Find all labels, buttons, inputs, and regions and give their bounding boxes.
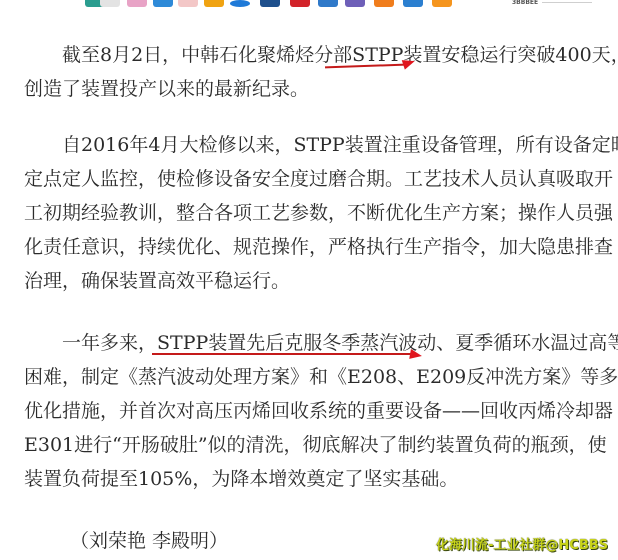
annotation-arrow-2-icon <box>409 349 423 361</box>
paragraph-3: 一年多来，STPP装置先后克服冬季蒸汽波动、夏季循环水温过高等 困难，制定《蒸汽… <box>24 326 594 496</box>
share-toolbar: 3BBBEE <box>0 0 618 8</box>
share-icon-12[interactable] <box>374 0 394 7</box>
text-line: 截至8月2日，中韩石化聚烯烃分部STPP装置安稳运行突破400天， <box>24 38 594 72</box>
text-line: 自2016年4月大检修以来，STPP装置注重设备管理，所有设备定时 <box>24 128 594 162</box>
share-logo: 3BBBEE <box>512 0 538 6</box>
share-icon-5[interactable] <box>178 0 198 7</box>
watermark: 化海川流-工业社群@HCBBS <box>436 534 608 553</box>
annotation-underline-2 <box>152 353 414 355</box>
text-line: 治理，确保装置高效平稳运行。 <box>0 264 594 298</box>
share-icon-13[interactable] <box>403 0 423 7</box>
share-icon-14[interactable] <box>432 0 452 7</box>
author-byline: （刘荣艳 李殿明） <box>70 528 228 554</box>
text-line: 优化措施，并首次对高压丙烯回收系统的重要设备——回收丙烯冷却器 <box>0 394 594 428</box>
text-line: 定点定人监控，使检修设备安全度过磨合期。工艺技术人员认真吸取开 <box>0 162 594 196</box>
share-icon-6[interactable] <box>204 0 224 7</box>
share-icon-7[interactable] <box>230 0 250 7</box>
text-line: 创造了装置投产以来的最新纪录。 <box>0 72 594 106</box>
text-line: 化责任意识，持续优化、规范操作，严格执行生产指令，加大隐患排查 <box>0 230 594 264</box>
share-icon-9[interactable] <box>290 0 310 7</box>
share-icon-2[interactable] <box>100 0 120 7</box>
text-line: 工初期经验教训，整合各项工艺参数，不断优化生产方案；操作人员强 <box>0 196 594 230</box>
text-line: 装置负荷提至105%，为降本增效奠定了坚实基础。 <box>0 462 594 496</box>
paragraph-2: 自2016年4月大检修以来，STPP装置注重设备管理，所有设备定时 定点定人监控… <box>24 128 594 298</box>
share-icon-8[interactable] <box>260 0 280 7</box>
share-icon-3[interactable] <box>127 0 147 7</box>
share-icon-4[interactable] <box>153 0 173 7</box>
share-icon-11[interactable] <box>345 0 365 7</box>
divider <box>542 2 592 3</box>
share-icon-10[interactable] <box>318 0 338 7</box>
paragraph-1: 截至8月2日，中韩石化聚烯烃分部STPP装置安稳运行突破400天， 创造了装置投… <box>24 38 594 106</box>
text-line: 困难，制定《蒸汽波动处理方案》和《E208、E209反冲洗方案》等多项 <box>0 360 594 394</box>
text-line: E301进行“开肠破肚”似的清洗，彻底解决了制约装置负荷的瓶颈，使 <box>0 428 594 462</box>
